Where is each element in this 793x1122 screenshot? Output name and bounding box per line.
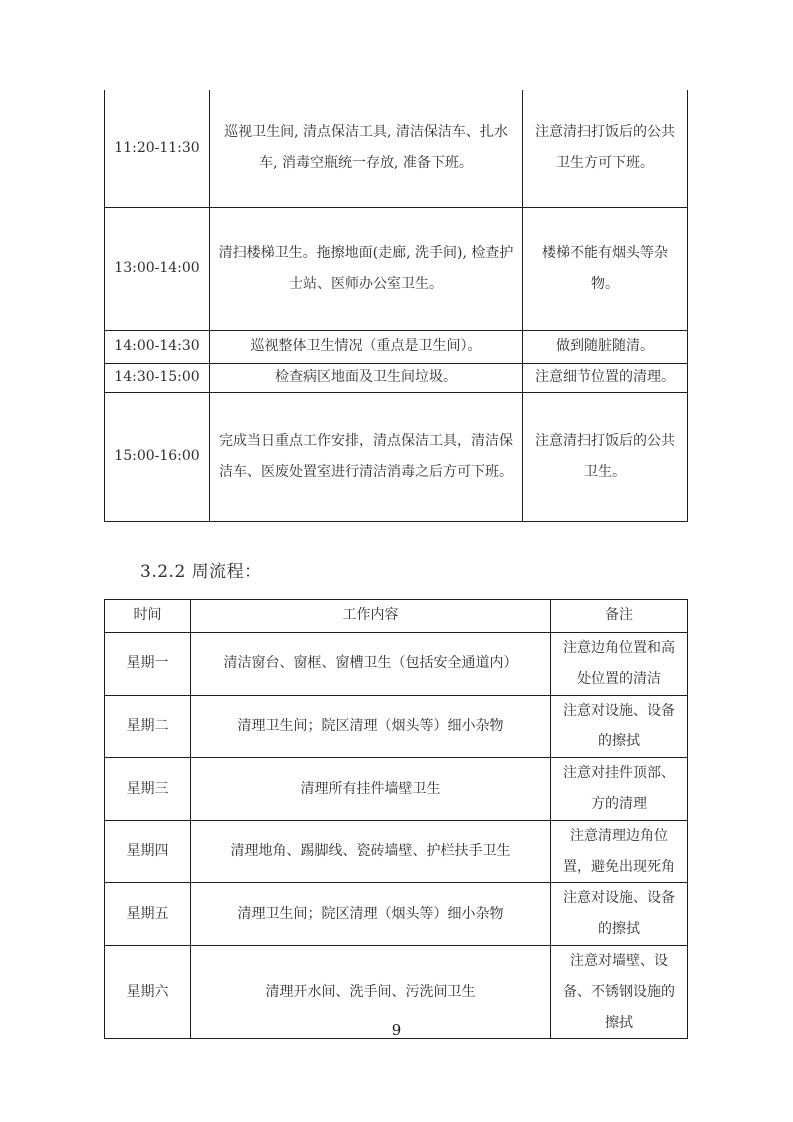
document-page: { "heading": "3.2.2 周流程：", "daily_table"… [0, 0, 793, 1122]
day-cell: 星期二 [105, 695, 191, 758]
note-cell: 注意对设施、设备的擦拭 [551, 695, 688, 758]
column-header-note: 备注 [551, 600, 688, 633]
day-cell: 星期一 [105, 633, 191, 696]
content-cell: 清理地角、踢脚线、瓷砖墙壁、护栏扶手卫生 [191, 820, 551, 883]
day-cell: 星期三 [105, 758, 191, 821]
content-cell: 清洁窗台、窗框、窗槽卫生（包括安全通道内） [191, 633, 551, 696]
content-cell: 清理所有挂件墙壁卫生 [191, 758, 551, 821]
daily-schedule-table: 11:20-11:30 巡视卫生间, 清点保洁工具, 清洁保洁车、扎水车, 消毒… [104, 90, 688, 522]
time-cell: 13:00-14:00 [105, 207, 210, 330]
note-cell: 注意对设施、设备的擦拭 [551, 883, 688, 946]
table-row: 15:00-16:00 完成当日重点工作安排，清点保洁工具，清洁保洁车、医废处置… [105, 392, 688, 521]
time-cell: 14:00-14:30 [105, 330, 210, 363]
content-cell: 清理卫生间；院区清理（烟头等）细小杂物 [191, 695, 551, 758]
table-row: 星期二 清理卫生间；院区清理（烟头等）细小杂物 注意对设施、设备的擦拭 [105, 695, 688, 758]
table-row: 星期一 清洁窗台、窗框、窗槽卫生（包括安全通道内） 注意边角位置和高处位置的清洁 [105, 633, 688, 696]
note-cell: 楼梯不能有烟头等杂物。 [523, 207, 688, 330]
table-row: 星期三 清理所有挂件墙壁卫生 注意对挂件顶部、方的清理 [105, 758, 688, 821]
table-row: 13:00-14:00 清扫楼梯卫生。拖擦地面(走廊, 洗手间), 检查护士站、… [105, 207, 688, 330]
time-cell: 15:00-16:00 [105, 392, 210, 521]
content-cell: 检查病区地面及卫生间垃圾。 [210, 363, 523, 392]
note-cell: 做到随脏随清。 [523, 330, 688, 363]
table-row: 星期四 清理地角、踢脚线、瓷砖墙壁、护栏扶手卫生 注意清理边角位置，避免出现死角 [105, 820, 688, 883]
content-cell: 完成当日重点工作安排，清点保洁工具，清洁保洁车、医废处置室进行清洁消毒之后方可下… [210, 392, 523, 521]
table-header-row: 时间 工作内容 备注 [105, 600, 688, 633]
note-cell: 注意清扫打饭后的公共卫生。 [523, 392, 688, 521]
table-row: 14:30-15:00 检查病区地面及卫生间垃圾。 注意细节位置的清理。 [105, 363, 688, 392]
section-heading: 3.2.2 周流程： [140, 562, 262, 582]
column-header-time: 时间 [105, 600, 191, 633]
time-cell: 11:20-11:30 [105, 90, 210, 207]
note-cell: 注意清理边角位置，避免出现死角 [551, 820, 688, 883]
note-cell: 注意边角位置和高处位置的清洁 [551, 633, 688, 696]
page-number: 9 [0, 1021, 793, 1039]
content-cell: 巡视整体卫生情况（重点是卫生间）。 [210, 330, 523, 363]
content-cell: 清扫楼梯卫生。拖擦地面(走廊, 洗手间), 检查护士站、医师办公室卫生。 [210, 207, 523, 330]
weekly-schedule-table: 时间 工作内容 备注 星期一 清洁窗台、窗框、窗槽卫生（包括安全通道内） 注意边… [104, 599, 688, 1039]
day-cell: 星期五 [105, 883, 191, 946]
note-cell: 注意清扫打饭后的公共卫生方可下班。 [523, 90, 688, 207]
content-cell: 巡视卫生间, 清点保洁工具, 清洁保洁车、扎水车, 消毒空瓶统一存放, 准备下班… [210, 90, 523, 207]
time-cell: 14:30-15:00 [105, 363, 210, 392]
table-row: 14:00-14:30 巡视整体卫生情况（重点是卫生间）。 做到随脏随清。 [105, 330, 688, 363]
note-cell: 注意对挂件顶部、方的清理 [551, 758, 688, 821]
table-row: 星期五 清理卫生间；院区清理（烟头等）细小杂物 注意对设施、设备的擦拭 [105, 883, 688, 946]
note-cell: 注意细节位置的清理。 [523, 363, 688, 392]
table-row: 11:20-11:30 巡视卫生间, 清点保洁工具, 清洁保洁车、扎水车, 消毒… [105, 90, 688, 207]
day-cell: 星期四 [105, 820, 191, 883]
content-cell: 清理卫生间；院区清理（烟头等）细小杂物 [191, 883, 551, 946]
column-header-content: 工作内容 [191, 600, 551, 633]
